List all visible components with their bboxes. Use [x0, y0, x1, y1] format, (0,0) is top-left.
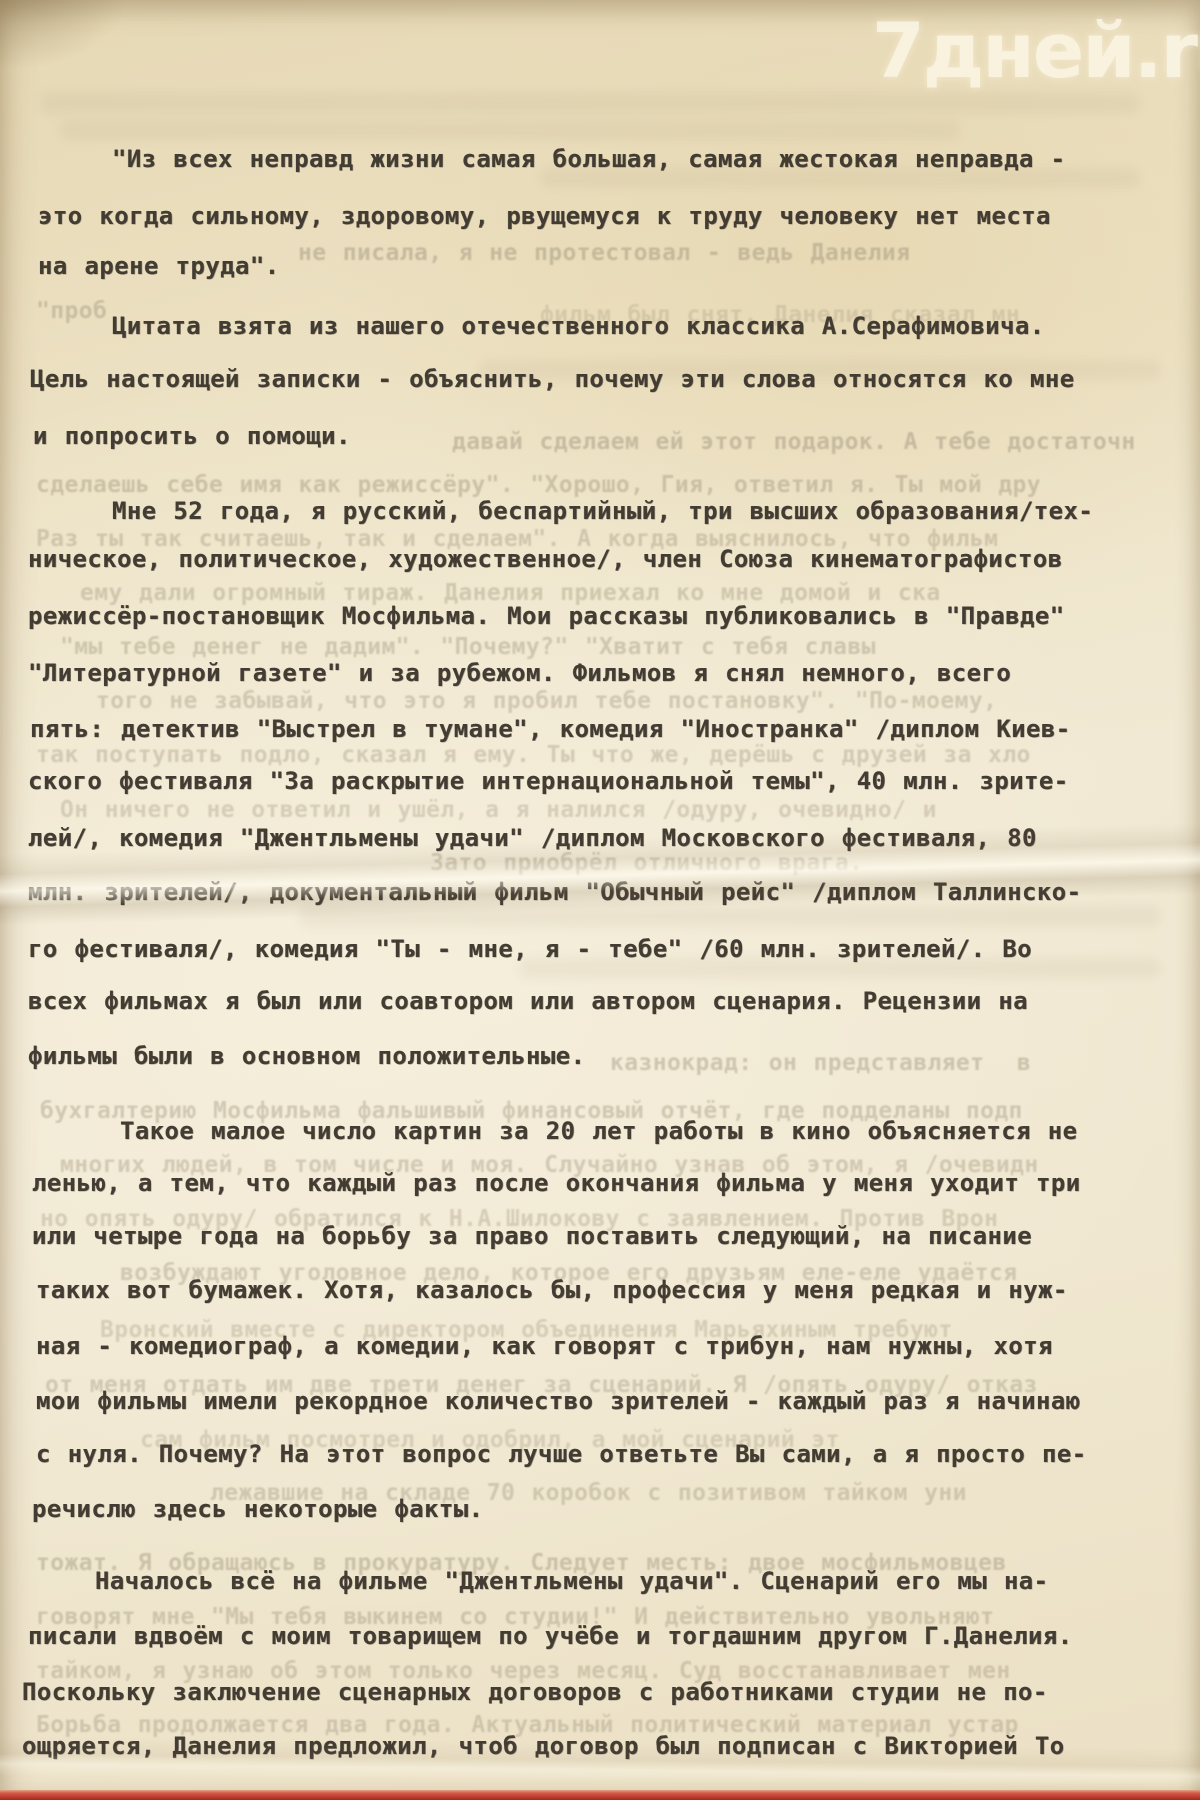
typewritten-line: это когда сильному, здоровому, рвущемуся…: [38, 200, 1051, 232]
typewritten-line: всех фильмах я был или соавтором или авт…: [28, 985, 1028, 1017]
typewritten-line: ского фестиваля "За раскрытие интернацио…: [28, 765, 1069, 797]
typewritten-line: мои фильмы имели рекордное количество зр…: [36, 1385, 1081, 1417]
typewritten-line: лей/, комедия "Джентльмены удачи" /дипло…: [28, 822, 1037, 854]
typewritten-line: на арене труда".: [38, 250, 280, 282]
typewritten-line: ническое, политическое, художественное/,…: [28, 543, 1063, 575]
typewritten-line: речислю здесь некоторые факты.: [32, 1493, 483, 1525]
typewritten-text-layer: "Из всех неправд жизни самая большая, са…: [0, 0, 1200, 1800]
typewritten-line: режиссёр-постановщик Мосфильма. Мои расс…: [28, 600, 1065, 632]
typewritten-line: фильмы были в основном положительные.: [28, 1040, 585, 1072]
typewritten-line: млн. зрителей/, документальный фильм "Об…: [28, 876, 1081, 908]
typewritten-line: "Литературной газете" и за рубежом. Филь…: [28, 657, 1011, 689]
bottom-red-bar: [0, 1790, 1200, 1800]
typewritten-line: Такое малое число картин за 20 лет работ…: [120, 1115, 1078, 1147]
typewritten-line: ленью, а тем, что каждый раз после оконч…: [32, 1167, 1081, 1199]
typewritten-line: "Из всех неправд жизни самая большая, са…: [112, 143, 1066, 175]
typewritten-line: пять: детектив "Выстрел в тумане", комед…: [30, 713, 1071, 745]
typewritten-line: таких вот бумажек. Хотя, казалось бы, пр…: [36, 1274, 1068, 1306]
typewritten-line: писали вдвоём с моим товарищем по учёбе …: [28, 1620, 1073, 1652]
typewritten-line: и попросить о помощи.: [33, 420, 351, 452]
typewritten-line: Цель настоящей записки - объяснить, поче…: [30, 363, 1075, 395]
typewritten-line: Началось всё на фильме "Джентльмены удач…: [95, 1565, 1049, 1597]
typewritten-line: или четыре года на борьбу за право поста…: [32, 1220, 1032, 1252]
scanned-letter-page: 7дней.ru не писала, я не протестовал - в…: [0, 0, 1200, 1800]
typewritten-line: го фестиваля/, комедия "Ты - мне, я - те…: [28, 933, 1032, 965]
typewritten-line: ная - комедиограф, а комедии, как говоря…: [36, 1330, 1053, 1362]
typewritten-line: Поскольку заключение сценарных договоров…: [22, 1676, 1048, 1708]
typewritten-line: ощряется, Данелия предложил, чтоб догово…: [22, 1730, 1065, 1762]
typewritten-line: с нуля. Почему? На этот вопрос лучше отв…: [36, 1438, 1087, 1470]
typewritten-line: Мне 52 года, я русский, беспартийный, тр…: [112, 495, 1093, 527]
typewritten-line: Цитата взята из нашего отечественного кл…: [112, 310, 1045, 342]
